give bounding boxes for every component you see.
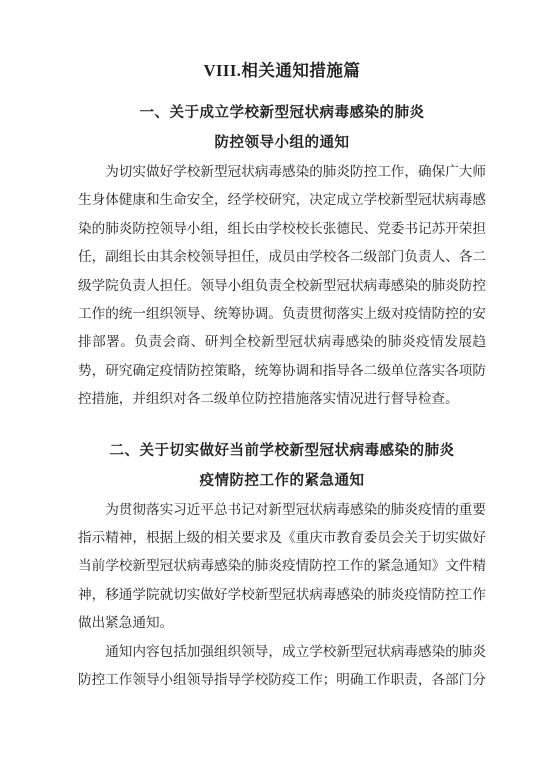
section-1-paragraph-1: 为切实做好学校新型冠状病毒感染的肺炎防控工作，确保广大师生身体健康和生命安全，经…: [78, 158, 486, 414]
section-2-heading-line-1: 二、关于切实做好当前学校新型冠状病毒感染的肺炎: [78, 436, 486, 466]
section-notice-1: 一、关于成立学校新型冠状病毒感染的肺炎 防控领导小组的通知 为切实做好学校新型冠…: [78, 98, 486, 414]
section-2-heading: 二、关于切实做好当前学校新型冠状病毒感染的肺炎 疫情防控工作的紧急通知: [78, 436, 486, 496]
section-1-heading-line-1: 一、关于成立学校新型冠状病毒感染的肺炎: [78, 98, 486, 128]
section-2-paragraph-1: 为贯彻落实习近平总书记对新型冠状病毒感染的肺炎疫情的重要指示精神，根据上级的相关…: [78, 496, 486, 638]
section-notice-2: 二、关于切实做好当前学校新型冠状病毒感染的肺炎 疫情防控工作的紧急通知 为贯彻落…: [78, 436, 486, 695]
section-1-heading-line-2: 防控领导小组的通知: [78, 128, 486, 158]
section-2-paragraph-2: 通知内容包括加强组织领导，成立学校新型冠状病毒感染的肺炎防控工作领导小组领导指导…: [78, 638, 486, 695]
document-page: VIII.相关通知措施篇 一、关于成立学校新型冠状病毒感染的肺炎 防控领导小组的…: [0, 0, 543, 768]
section-2-heading-line-2: 疫情防控工作的紧急通知: [78, 466, 486, 496]
section-1-heading: 一、关于成立学校新型冠状病毒感染的肺炎 防控领导小组的通知: [78, 98, 486, 158]
document-title: VIII.相关通知措施篇: [78, 58, 486, 84]
